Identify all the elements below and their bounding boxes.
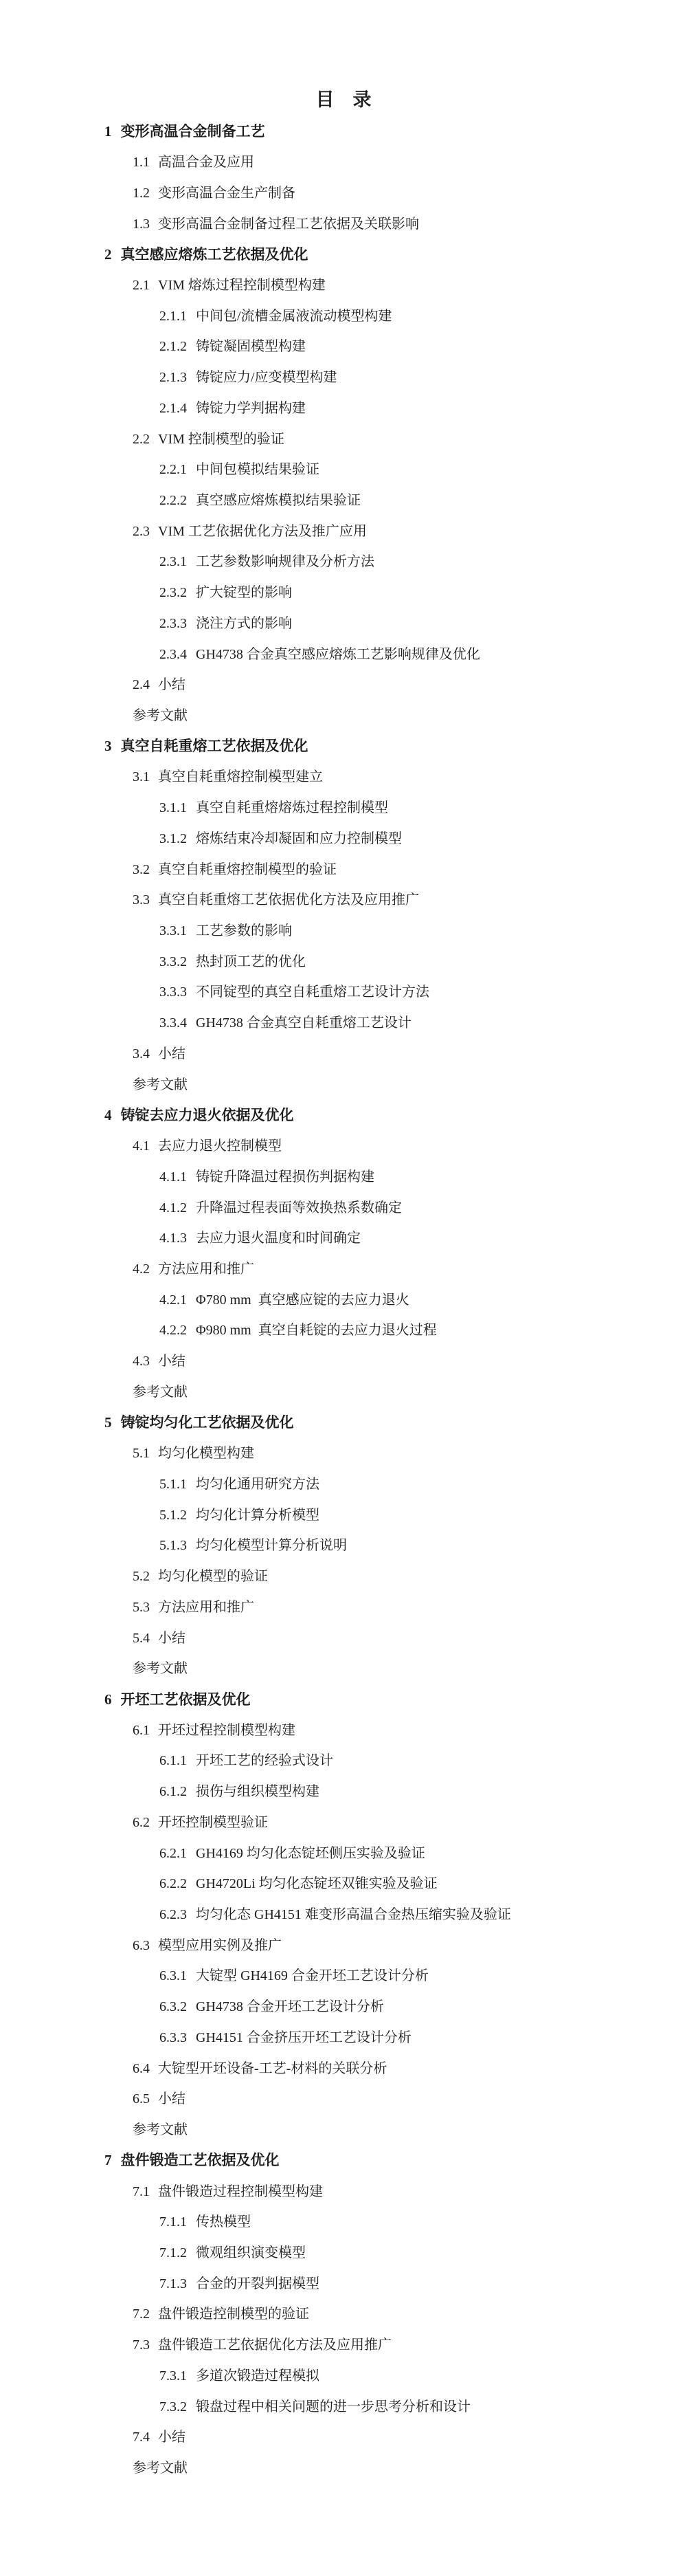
toc-entry-row: 2.4小结: [0, 670, 687, 701]
toc-entry-number: 3.1: [133, 770, 150, 784]
toc-entry-number: 6.2: [133, 1816, 150, 1829]
toc-entry-text: 均匀化通用研究方法: [196, 1477, 319, 1491]
toc-entry-number: 5.1.3: [159, 1539, 187, 1552]
toc-entry-number: 4.1.3: [159, 1231, 187, 1245]
toc-entry-number: 3.3.3: [159, 985, 187, 999]
toc-entry-text: GH4169 均匀化态锭坯侧压实验及验证: [196, 1847, 425, 1860]
toc-entry-text: GH4738 合金真空自耗重熔工艺设计: [196, 1016, 412, 1030]
toc-entry-text: 小结: [158, 2430, 185, 2444]
toc-page: 目 录 1变形高温合金制备工艺1.1高温合金及应用1.2变形高温合金生产制备1.…: [0, 0, 687, 2576]
toc-references-row: 参考文献: [0, 2115, 687, 2146]
toc-entry-number: 5.1: [133, 1446, 150, 1460]
toc-entry-text: 小结: [158, 1047, 185, 1061]
toc-entry-text: VIM 控制模型的验证: [158, 432, 284, 446]
toc-entry-text: 去应力退火控制模型: [158, 1139, 282, 1153]
toc-entry-number: 2.1.3: [159, 371, 187, 384]
toc-entry-text: 小结: [158, 2092, 185, 2106]
toc-entry-row: 7.2盘件锻造控制模型的验证: [0, 2299, 687, 2330]
toc-entry-text: 均匀化模型计算分析说明: [196, 1539, 347, 1552]
toc-entry-number: 7.1.3: [159, 2277, 187, 2291]
toc-entry-number: 5.1.1: [159, 1477, 187, 1491]
toc-entry-text: 扩大锭型的影响: [196, 586, 292, 599]
toc-entry-text: 铸锭应力/应变模型构建: [196, 371, 337, 384]
toc-entry-row: 3.3.1工艺参数的影响: [0, 916, 687, 947]
toc-entry-number: 5.4: [133, 1631, 150, 1645]
toc-entry-row: 2.1VIM 熔炼过程控制模型构建: [0, 270, 687, 301]
toc-references-row: 参考文献: [0, 1376, 687, 1407]
toc-entry-row: 2.1.1中间包/流槽金属液流动模型构建: [0, 300, 687, 331]
toc-entry-text: VIM 工艺依据优化方法及推广应用: [158, 525, 367, 538]
toc-entry-row: 2.3.2扩大锭型的影响: [0, 577, 687, 608]
toc-entry-row: 2.1.3铸锭应力/应变模型构建: [0, 362, 687, 393]
toc-entry-row: 3.3.2热封顶工艺的优化: [0, 946, 687, 977]
toc-entry-row: 3.1.2熔炼结束冷却凝固和应力控制模型: [0, 824, 687, 855]
toc-entry-text: 铸锭升降温过程损伤判据构建: [196, 1170, 374, 1184]
toc-entry-row: 6.1.1开坯工艺的经验式设计: [0, 1746, 687, 1776]
toc-entry-text: 工艺参数的影响: [196, 924, 292, 938]
toc-entry-row: 3.4小结: [0, 1039, 687, 1070]
toc-entry-text: 开坯过程控制模型构建: [158, 1724, 295, 1737]
toc-entry-row: 3.2真空自耗重熔控制模型的验证: [0, 854, 687, 885]
toc-entry-row: 6.3.2GH4738 合金开坯工艺设计分析: [0, 1992, 687, 2023]
toc-entry-row: 6.4大锭型开坯设备-工艺-材料的关联分析: [0, 2053, 687, 2084]
toc-entry-text: 去应力退火温度和时间确定: [196, 1231, 361, 1245]
toc-entry-number: 3.3.2: [159, 955, 187, 969]
toc-entry-text: 传热模型: [196, 2215, 251, 2229]
toc-entry-number: 3.3.4: [159, 1016, 187, 1030]
toc-entry-text: 开坯工艺依据及优化: [121, 1693, 251, 1707]
toc-entry-number: 6.1.2: [159, 1785, 187, 1798]
toc-entry-text: 浇注方式的影响: [196, 617, 292, 630]
toc-entry-number: 7.3.2: [159, 2400, 187, 2414]
toc-entry-text: 升降温过程表面等效换热系数确定: [196, 1201, 402, 1215]
toc-entry-text: 盘件锻造工艺依据及优化: [121, 2153, 280, 2168]
toc-entry-row: 4.2.2Φ980 mm 真空自耗锭的去应力退火过程: [0, 1315, 687, 1346]
toc-entry-number: 1.3: [133, 217, 150, 231]
toc-entry-text: 参考文献: [133, 1385, 188, 1399]
toc-entry-number: 2.3.1: [159, 555, 187, 569]
toc-entry-number: 3.2: [133, 863, 150, 877]
toc-entry-text: 大锭型开坯设备-工艺-材料的关联分析: [158, 2062, 387, 2076]
toc-entry-text: 开坯工艺的经验式设计: [196, 1754, 333, 1768]
toc-entry-number: 3.1.2: [159, 832, 187, 846]
toc-entry-text: 真空自耗重熔工艺依据优化方法及应用推广: [158, 893, 419, 907]
toc-entry-row: 5.4小结: [0, 1622, 687, 1653]
toc-entry-number: 2.2.1: [159, 463, 187, 476]
toc-entry-text: GH4720Li 均匀化态锭坯双锥实验及验证: [196, 1877, 438, 1891]
toc-entry-text: 高温合金及应用: [158, 155, 254, 169]
toc-entry-number: 6.3: [133, 1939, 150, 1952]
toc-entry-row: 5.1均匀化模型构建: [0, 1438, 687, 1469]
toc-entry-text: 小结: [158, 1631, 185, 1645]
toc-entry-number: 3.3: [133, 893, 150, 907]
toc-entry-number: 2.2.2: [159, 494, 187, 507]
toc-entry-row: 6.5小结: [0, 2084, 687, 2115]
toc-entry-row: 1.2变形高温合金生产制备: [0, 177, 687, 208]
toc-entry-text: 开坯控制模型验证: [158, 1816, 268, 1829]
toc-entry-row: 6.2.2GH4720Li 均匀化态锭坯双锥实验及验证: [0, 1869, 687, 1900]
toc-entry-row: 7.1.3合金的开裂判据模型: [0, 2268, 687, 2299]
toc-entry-number: 4.2.1: [159, 1293, 187, 1307]
toc-entry-text: 真空自耗重熔熔炼过程控制模型: [196, 801, 388, 815]
toc-entry-row: 5.1.3均匀化模型计算分析说明: [0, 1530, 687, 1561]
toc-entry-text: 多道次锻造过程模拟: [196, 2369, 319, 2383]
toc-entry-row: 5.3方法应用和推广: [0, 1592, 687, 1623]
toc-entry-row: 7.1盘件锻造过程控制模型构建: [0, 2176, 687, 2207]
toc-entry-number: 6.4: [133, 2062, 150, 2076]
toc-entry-number: 7.3.1: [159, 2369, 187, 2383]
toc-entry-text: 中间包/流槽金属液流动模型构建: [196, 309, 392, 323]
toc-entry-text: 方法应用和推广: [158, 1600, 254, 1614]
toc-chapter-row: 7盘件锻造工艺依据及优化: [0, 2145, 687, 2176]
toc-entry-row: 7.1.2微观组织演变模型: [0, 2238, 687, 2269]
toc-entry-row: 1.3变形高温合金制备过程工艺依据及关联影响: [0, 208, 687, 239]
toc-entry-row: 2.3.4GH4738 合金真空感应熔炼工艺影响规律及优化: [0, 639, 687, 670]
toc-entry-text: 铸锭均匀化工艺依据及优化: [121, 1416, 294, 1430]
toc-entry-row: 2.2VIM 控制模型的验证: [0, 423, 687, 454]
toc-entry-number: 1: [104, 124, 112, 139]
toc-entry-number: 7.1.1: [159, 2215, 187, 2229]
toc-entry-text: 模型应用实例及推广: [158, 1939, 282, 1952]
toc-entry-number: 5: [104, 1416, 112, 1430]
toc-entry-number: 4.2.2: [159, 1323, 187, 1337]
toc-entry-number: 6.2.3: [159, 1908, 187, 1922]
toc-entry-text: 热封顶工艺的优化: [196, 955, 306, 969]
toc-entry-row: 4.1.2升降温过程表面等效换热系数确定: [0, 1192, 687, 1223]
toc-entry-text: 工艺参数影响规律及分析方法: [196, 555, 374, 569]
toc-entry-number: 4.1.2: [159, 1201, 187, 1215]
toc-entry-text: 方法应用和推广: [158, 1262, 254, 1276]
toc-entry-text: 熔炼结束冷却凝固和应力控制模型: [196, 832, 402, 846]
toc-entry-row: 4.2.1Φ780 mm 真空感应锭的去应力退火: [0, 1284, 687, 1315]
toc-entry-number: 7.3: [133, 2338, 150, 2352]
toc-entry-number: 7.1.2: [159, 2246, 187, 2260]
toc-entry-text: Φ980 mm 真空自耗锭的去应力退火过程: [196, 1323, 437, 1337]
toc-entry-number: 4.1.1: [159, 1170, 187, 1184]
toc-entry-number: 6.1: [133, 1724, 150, 1737]
toc-entry-number: 3.1.1: [159, 801, 187, 815]
toc-entry-row: 3.3.4GH4738 合金真空自耗重熔工艺设计: [0, 1008, 687, 1039]
toc-entry-text: 参考文献: [133, 1662, 188, 1675]
toc-entry-text: 合金的开裂判据模型: [196, 2277, 319, 2291]
toc-entry-text: 变形高温合金制备工艺: [121, 124, 265, 139]
toc-entry-number: 1.2: [133, 186, 150, 200]
toc-entry-text: 均匀化模型构建: [158, 1446, 254, 1460]
toc-entry-number: 3: [104, 739, 112, 753]
toc-entry-text: 盘件锻造控制模型的验证: [158, 2307, 309, 2321]
toc-entry-number: 6.2.1: [159, 1847, 187, 1860]
toc-entry-row: 6.2开坯控制模型验证: [0, 1807, 687, 1838]
toc-entry-text: VIM 熔炼过程控制模型构建: [158, 278, 326, 292]
toc-entry-row: 6.2.1GH4169 均匀化态锭坯侧压实验及验证: [0, 1838, 687, 1869]
toc-chapter-row: 6开坯工艺依据及优化: [0, 1684, 687, 1715]
toc-entry-text: 铸锭力学判据构建: [196, 401, 306, 415]
toc-entry-number: 7.2: [133, 2307, 150, 2321]
toc-entry-text: 均匀化模型的验证: [158, 1570, 268, 1583]
toc-entry-text: GH4738 合金开坯工艺设计分析: [196, 2000, 384, 2014]
toc-entry-text: 参考文献: [133, 709, 188, 723]
toc-entry-row: 2.2.2真空感应熔炼模拟结果验证: [0, 485, 687, 516]
toc-entry-row: 4.1去应力退火控制模型: [0, 1131, 687, 1162]
toc-entry-number: 2.3.2: [159, 586, 187, 599]
toc-entry-text: 参考文献: [133, 1078, 188, 1092]
toc-entry-number: 2.3.3: [159, 617, 187, 630]
toc-entry-row: 6.2.3均匀化态 GH4151 难变形高温合金热压缩实验及验证: [0, 1900, 687, 1930]
toc-entry-number: 5.1.2: [159, 1508, 187, 1522]
toc-entry-number: 4: [104, 1108, 112, 1123]
toc-entry-number: 6: [104, 1693, 112, 1707]
toc-references-row: 参考文献: [0, 2453, 687, 2484]
toc-entry-text: 真空自耗重熔控制模型建立: [158, 770, 323, 784]
toc-entry-row: 3.3.3不同锭型的真空自耗重熔工艺设计方法: [0, 977, 687, 1008]
toc-references-row: 参考文献: [0, 701, 687, 731]
toc-references-row: 参考文献: [0, 1653, 687, 1684]
toc-entry-number: 2.1.4: [159, 401, 187, 415]
page-title: 目 录: [0, 87, 687, 112]
toc-entry-number: 7.4: [133, 2430, 150, 2444]
toc-entry-text: 小结: [158, 678, 185, 692]
toc-entry-row: 6.1开坯过程控制模型构建: [0, 1715, 687, 1746]
toc-entry-number: 2.2: [133, 432, 150, 446]
toc-entry-number: 2.1.2: [159, 340, 187, 353]
toc-entry-row: 6.3.1大锭型 GH4169 合金开坯工艺设计分析: [0, 1961, 687, 1992]
toc-entry-row: 7.3.2锻盘过程中相关问题的进一步思考分析和设计: [0, 2391, 687, 2422]
toc-entry-text: 变形高温合金生产制备: [158, 186, 295, 200]
toc-entry-row: 6.1.2损伤与组织模型构建: [0, 1776, 687, 1807]
toc-entry-text: 中间包模拟结果验证: [196, 463, 319, 476]
toc-entry-text: 不同锭型的真空自耗重熔工艺设计方法: [196, 985, 429, 999]
toc-entry-text: 真空感应熔炼工艺依据及优化: [121, 247, 308, 262]
toc-entry-text: 参考文献: [133, 2461, 188, 2475]
toc-entry-text: 真空自耗重熔控制模型的验证: [158, 863, 337, 877]
toc-entry-row: 6.3.3GH4151 合金挤压开坯工艺设计分析: [0, 2023, 687, 2054]
toc-entry-number: 6.3.2: [159, 2000, 187, 2014]
toc-entry-row: 7.3.1多道次锻造过程模拟: [0, 2360, 687, 2391]
toc-entry-row: 4.2方法应用和推广: [0, 1254, 687, 1285]
toc-chapter-row: 3真空自耗重熔工艺依据及优化: [0, 731, 687, 762]
toc-entry-number: 2.3: [133, 525, 150, 538]
toc-entry-number: 2.1: [133, 278, 150, 292]
toc-entry-number: 7.1: [133, 2185, 150, 2199]
toc-entry-row: 7.3盘件锻造工艺依据优化方法及应用推广: [0, 2330, 687, 2361]
toc-chapter-row: 1变形高温合金制备工艺: [0, 116, 687, 147]
toc-entry-number: 5.3: [133, 1600, 150, 1614]
toc-entry-row: 2.1.4铸锭力学判据构建: [0, 393, 687, 423]
toc-entry-text: 盘件锻造过程控制模型构建: [158, 2185, 323, 2199]
toc-entry-number: 7: [104, 2153, 112, 2168]
toc-entry-number: 2.1.1: [159, 309, 187, 323]
toc-entry-number: 4.3: [133, 1354, 150, 1368]
toc-entry-number: 6.2.2: [159, 1877, 187, 1891]
toc-entry-number: 1.1: [133, 155, 150, 169]
toc-entry-row: 1.1高温合金及应用: [0, 147, 687, 178]
toc-entry-text: 大锭型 GH4169 合金开坯工艺设计分析: [196, 1969, 429, 1983]
toc-entry-text: 变形高温合金制备过程工艺依据及关联影响: [158, 217, 419, 231]
toc-entry-text: 铸锭凝固模型构建: [196, 340, 306, 353]
toc-chapter-row: 2真空感应熔炼工艺依据及优化: [0, 239, 687, 270]
toc-entry-number: 4.2: [133, 1262, 150, 1276]
toc-entry-row: 2.3.1工艺参数影响规律及分析方法: [0, 547, 687, 577]
toc-entry-row: 4.3小结: [0, 1346, 687, 1377]
toc-entry-text: 小结: [158, 1354, 185, 1368]
toc-entry-number: 6.1.1: [159, 1754, 187, 1768]
toc-entry-number: 5.2: [133, 1570, 150, 1583]
toc-entry-number: 2.3.4: [159, 648, 187, 661]
toc-chapter-row: 5铸锭均匀化工艺依据及优化: [0, 1407, 687, 1438]
toc-entry-row: 5.2均匀化模型的验证: [0, 1561, 687, 1592]
toc-references-row: 参考文献: [0, 1069, 687, 1100]
toc-entry-row: 7.4小结: [0, 2422, 687, 2453]
toc-entry-number: 6.3.3: [159, 2031, 187, 2045]
toc-entry-row: 4.1.3去应力退火温度和时间确定: [0, 1223, 687, 1254]
toc-entry-text: 损伤与组织模型构建: [196, 1785, 319, 1798]
toc-entry-number: 2: [104, 247, 112, 262]
toc-entry-number: 6.5: [133, 2092, 150, 2106]
toc-chapter-row: 4铸锭去应力退火依据及优化: [0, 1100, 687, 1131]
toc-entry-number: 4.1: [133, 1139, 150, 1153]
toc-entry-row: 5.1.2均匀化计算分析模型: [0, 1499, 687, 1530]
toc-entry-text: 均匀化计算分析模型: [196, 1508, 319, 1522]
toc-entry-number: 2.4: [133, 678, 150, 692]
toc-entry-row: 6.3模型应用实例及推广: [0, 1930, 687, 1961]
toc-entry-text: GH4151 合金挤压开坯工艺设计分析: [196, 2031, 412, 2045]
toc-entry-text: 铸锭去应力退火依据及优化: [121, 1108, 294, 1123]
toc-entry-row: 3.3真空自耗重熔工艺依据优化方法及应用推广: [0, 885, 687, 916]
toc-entry-text: Φ780 mm 真空感应锭的去应力退火: [196, 1293, 409, 1307]
toc-entry-row: 2.1.2铸锭凝固模型构建: [0, 331, 687, 362]
toc-entry-number: 6.3.1: [159, 1969, 187, 1983]
toc-entry-row: 2.3VIM 工艺依据优化方法及推广应用: [0, 516, 687, 547]
toc-entry-row: 7.1.1传热模型: [0, 2207, 687, 2238]
toc-list: 1变形高温合金制备工艺1.1高温合金及应用1.2变形高温合金生产制备1.3变形高…: [0, 116, 687, 2483]
toc-entry-number: 3.4: [133, 1047, 150, 1061]
toc-entry-text: 均匀化态 GH4151 难变形高温合金热压缩实验及验证: [196, 1908, 511, 1922]
toc-entry-row: 3.1真空自耗重熔控制模型建立: [0, 762, 687, 793]
toc-entry-row: 2.3.3浇注方式的影响: [0, 608, 687, 639]
toc-entry-text: 微观组织演变模型: [196, 2246, 306, 2260]
toc-entry-row: 4.1.1铸锭升降温过程损伤判据构建: [0, 1161, 687, 1192]
toc-entry-text: 真空自耗重熔工艺依据及优化: [121, 739, 308, 753]
toc-entry-row: 2.2.1中间包模拟结果验证: [0, 454, 687, 485]
toc-entry-number: 3.3.1: [159, 924, 187, 938]
toc-entry-text: 真空感应熔炼模拟结果验证: [196, 494, 361, 507]
toc-entry-text: 锻盘过程中相关问题的进一步思考分析和设计: [196, 2400, 471, 2414]
toc-entry-text: GH4738 合金真空感应熔炼工艺影响规律及优化: [196, 648, 480, 661]
toc-entry-text: 参考文献: [133, 2123, 188, 2137]
toc-entry-row: 3.1.1真空自耗重熔熔炼过程控制模型: [0, 793, 687, 824]
toc-entry-text: 盘件锻造工艺依据优化方法及应用推广: [158, 2338, 392, 2352]
toc-entry-row: 5.1.1均匀化通用研究方法: [0, 1469, 687, 1500]
